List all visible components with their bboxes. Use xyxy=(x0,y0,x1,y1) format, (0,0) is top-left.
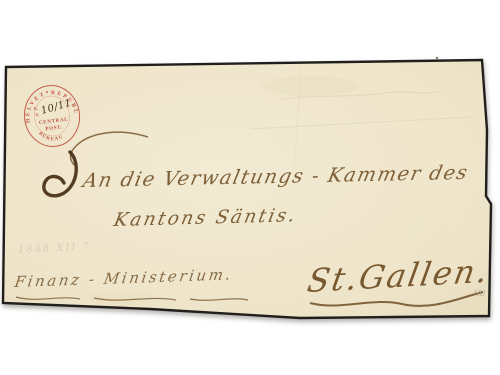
photo-frame: HELVET*REPUBL E. V. CENTRAL POST. BÜREAU… xyxy=(0,0,500,375)
photo-speck xyxy=(436,57,438,59)
postmark-line-v: V. xyxy=(35,112,40,117)
expert-mark: HU xyxy=(474,289,486,298)
paper-stain xyxy=(262,76,358,96)
postmark-line-e: E. xyxy=(34,106,39,111)
paper-stain xyxy=(88,290,152,306)
cover-photo-image: HELVET*REPUBL E. V. CENTRAL POST. BÜREAU… xyxy=(0,0,500,375)
